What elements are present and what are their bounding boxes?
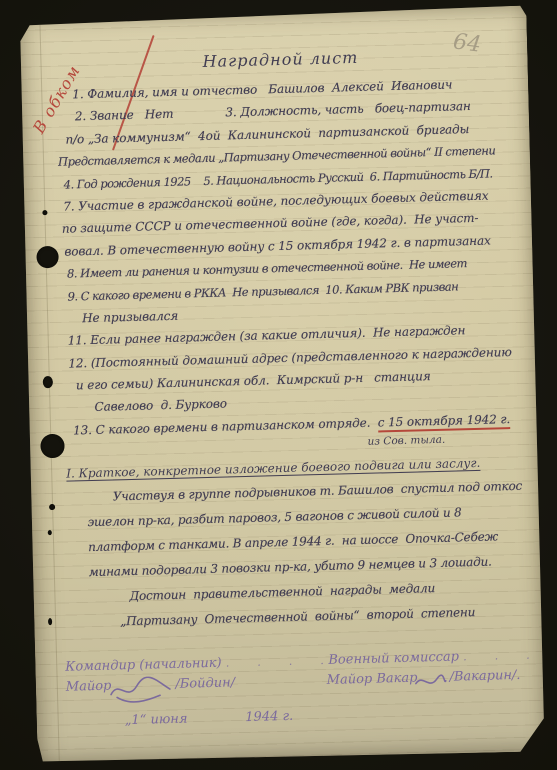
commander-signature: Майор /Бойдин/ [62,668,328,701]
scanned-document-background: В обком 64 Наградной лист 1. Фамилия, им… [0,0,557,770]
document-date: „1“ июня 1944 г. [63,703,533,730]
commander-rank: Майор [66,674,112,701]
document-page: В обком 64 Наградной лист 1. Фамилия, им… [18,5,545,764]
form-content: Наградной лист 1. Фамилия, имя и отчеств… [45,40,533,730]
commissar-name: /Вакарин/. [449,663,521,691]
ink-speck [48,618,52,625]
signature-scribble [413,671,448,694]
partisan-since-value: с 15 октября 1942 г. [378,412,511,432]
commissar-signature: Майор Вакар /Вакарин/. [326,663,532,694]
ink-speck [48,530,52,535]
ink-speck [42,210,47,215]
dotted-line: . . . . [463,648,557,664]
signature-block: Командир (начальник) . . . . Военный ком… [61,648,533,730]
partisan-since-label: 13. С какого времени в партизанском отря… [73,415,378,437]
signature-scribble [107,676,174,704]
commissar-rank: Майор Вакар [326,666,418,694]
ink-speck [49,504,55,510]
dotted-line: . . . . [226,654,331,670]
commander-name: /Бойдин/ [175,671,235,699]
punch-hole [43,376,53,388]
